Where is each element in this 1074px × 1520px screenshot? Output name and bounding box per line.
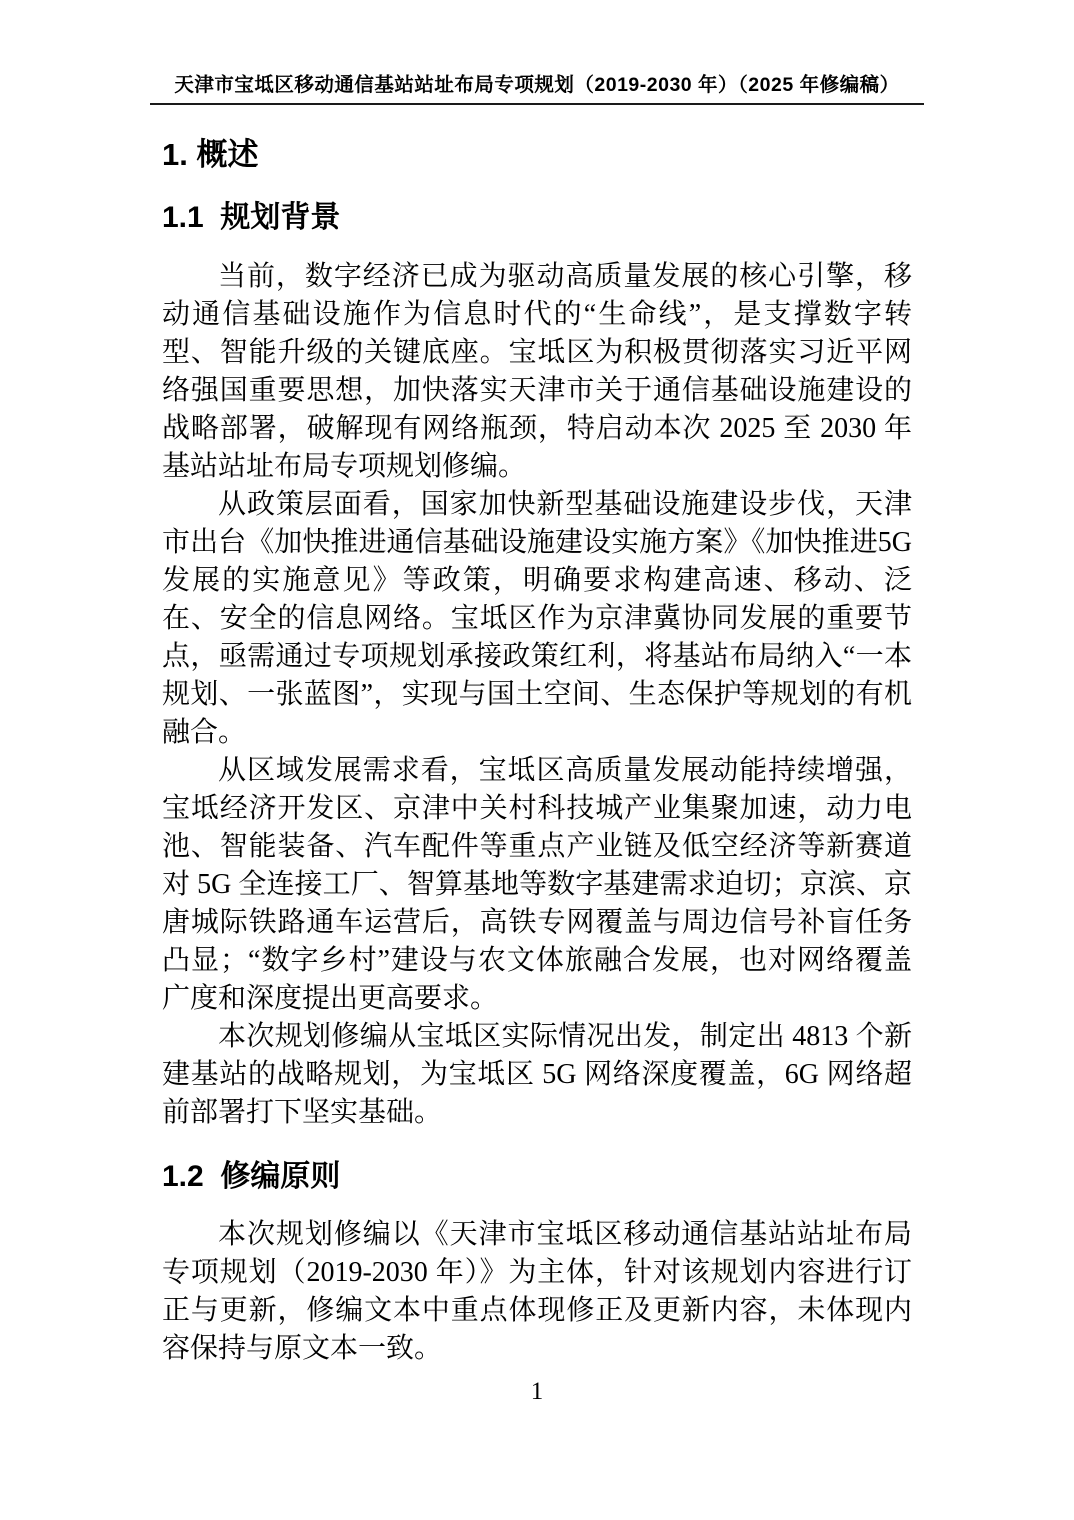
section-heading-1-2: 1.2 修编原则: [162, 1160, 912, 1195]
running-header-title: 天津市宝坻区移动通信基站站址布局专项规划（2019-2030 年）（2025 年…: [150, 74, 924, 96]
paragraph-background-2: 从政策层面看，国家加快新型基础设施建设步伐，天津市出台《加快推进通信基础设施建设…: [162, 486, 912, 752]
paragraph-background-3: 从区域发展需求看，宝坻区高质量发展动能持续增强，宝坻经济开发区、京津中关村科技城…: [162, 752, 912, 1018]
section-heading-1-1: 1.1 规划背景: [162, 201, 912, 236]
page-header-rule: 天津市宝坻区移动通信基站站址布局专项规划（2019-2030 年）（2025 年…: [150, 74, 924, 105]
page-header: 天津市宝坻区移动通信基站站址布局专项规划（2019-2030 年）（2025 年…: [150, 0, 924, 105]
paragraph-background-1: 当前，数字经济已成为驱动高质量发展的核心引擎，移动通信基础设施作为信息时代的“生…: [162, 258, 912, 486]
section-1-1-body: 当前，数字经济已成为驱动高质量发展的核心引擎，移动通信基础设施作为信息时代的“生…: [162, 258, 912, 1132]
paragraph-background-4: 本次规划修编从宝坻区实际情况出发，制定出 4813 个新建基站的战略规划，为宝坻…: [162, 1018, 912, 1132]
page-number: 1: [531, 1378, 544, 1405]
document-body: 1. 概述 1.1 规划背景 当前，数字经济已成为驱动高质量发展的核心引擎，移动…: [162, 137, 912, 1368]
paragraph-principles-1: 本次规划修编以《天津市宝坻区移动通信基站站址布局专项规划（2019-2030 年…: [162, 1216, 912, 1368]
document-page: 天津市宝坻区移动通信基站站址布局专项规划（2019-2030 年）（2025 年…: [0, 0, 1074, 1520]
page-footer: 1: [0, 1378, 1074, 1406]
section-1-2-body: 本次规划修编以《天津市宝坻区移动通信基站站址布局专项规划（2019-2030 年…: [162, 1216, 912, 1368]
chapter-heading-1: 1. 概述: [162, 137, 912, 173]
